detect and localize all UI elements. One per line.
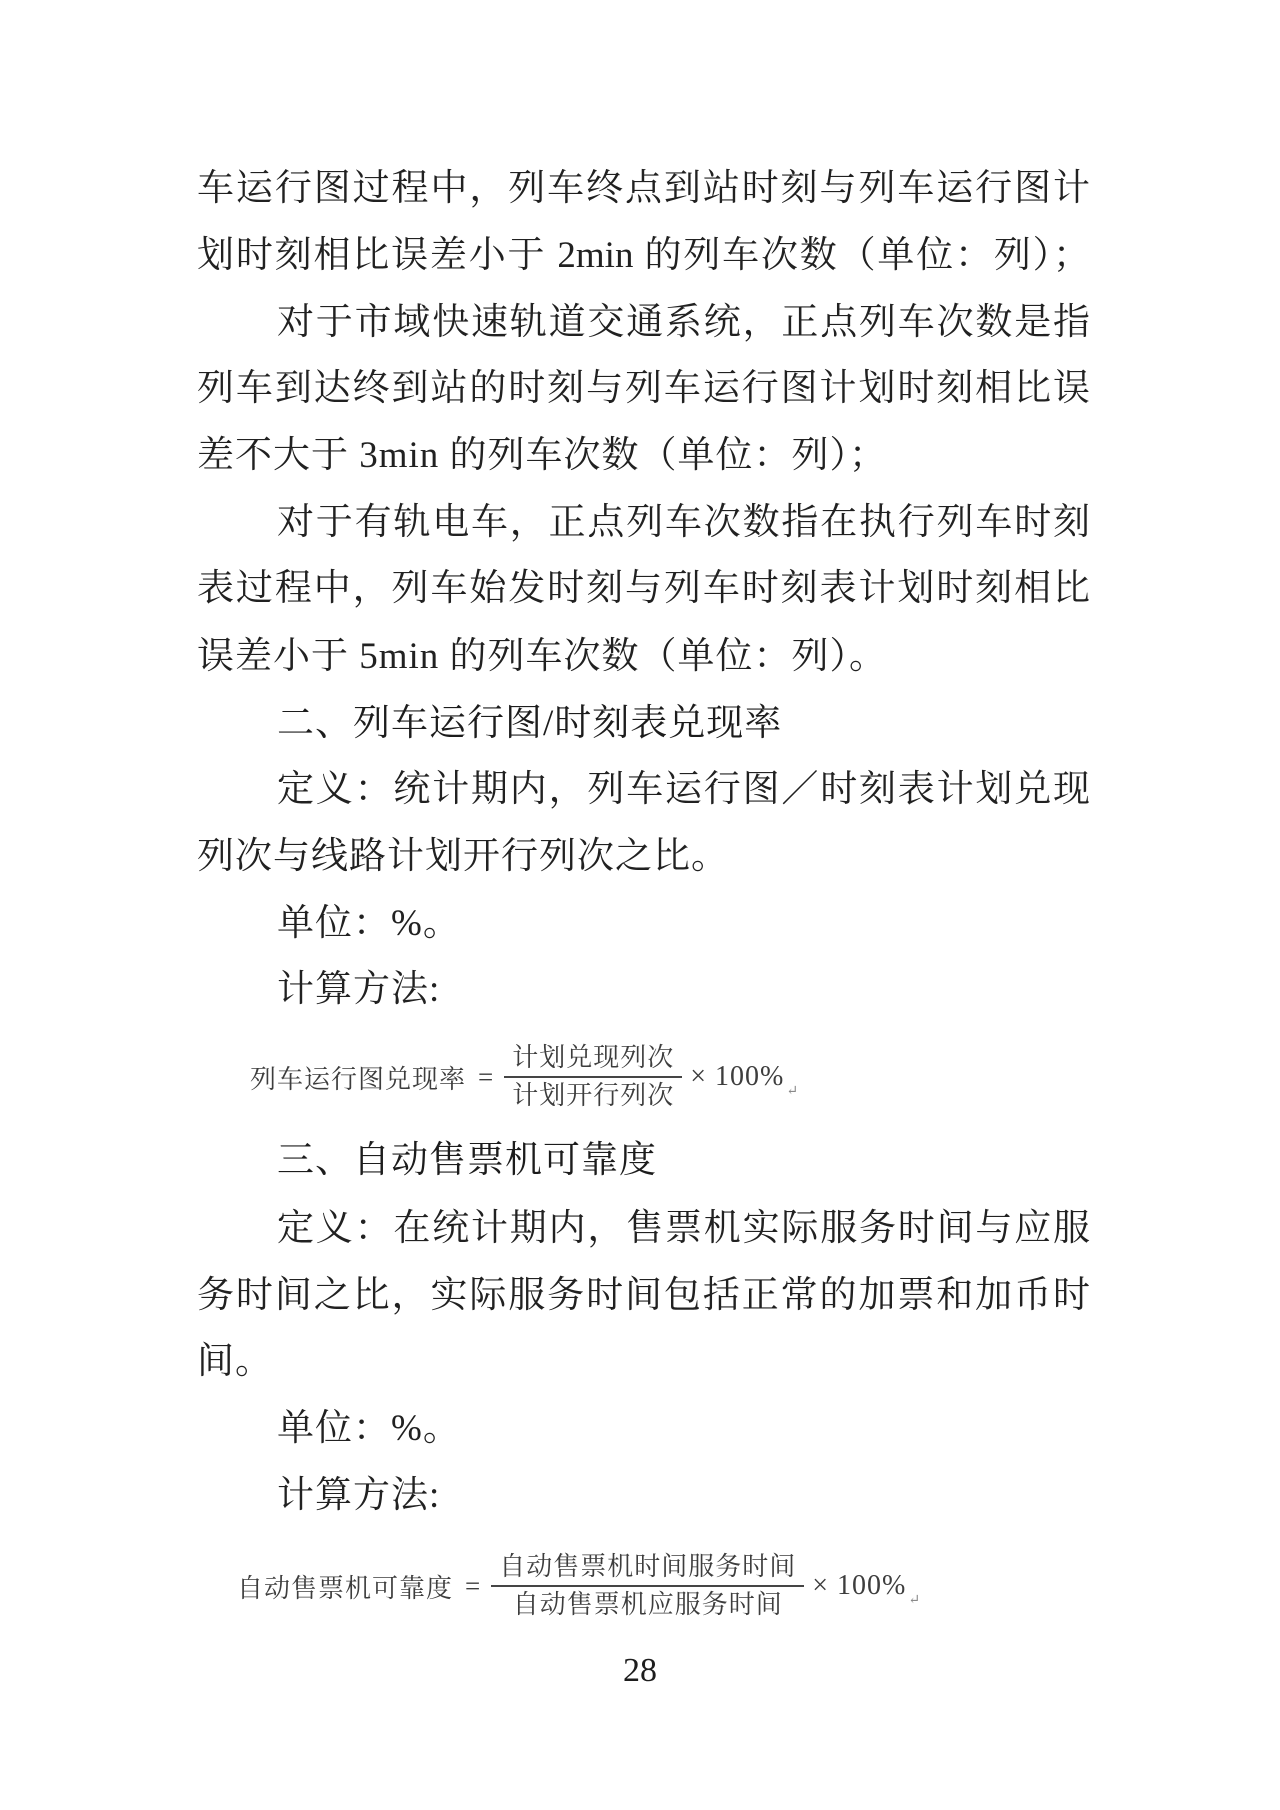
text-line: 列车到达终到站的时刻与列车运行图计划时刻相比误 <box>197 366 1090 414</box>
formula-lhs: 自动售票机可靠度 <box>237 1568 453 1605</box>
text-line: 间。 <box>197 1339 273 1385</box>
page-number: 28 <box>0 1652 1280 1690</box>
fraction-numerator: 自动售票机时间服务时间 <box>491 1549 804 1585</box>
unit-line: 单位：%。 <box>277 1406 461 1452</box>
equals-sign: = <box>465 1571 481 1602</box>
text-line: 表过程中，列车始发时刻与列车时刻表计划时刻相比 <box>197 566 1090 614</box>
text-line: 对于市域快速轨道交通系统，正点列车次数是指 <box>277 300 1090 348</box>
document-page: 车运行图过程中，列车终点到站时刻与列车运行图计 划时刻相比误差小于 2min 的… <box>0 0 1280 1810</box>
formula-ticket-machine-reliability: 自动售票机可靠度 = 自动售票机时间服务时间 自动售票机应服务时间 × 100%… <box>237 1549 921 1623</box>
times-100-percent: × 100% <box>812 1570 906 1602</box>
text-line: 务时间之比，实际服务时间包括正常的加票和加币时 <box>197 1273 1090 1321</box>
text-line: 差不大于 3min 的列车次数（单位：列）； <box>197 433 887 479</box>
fraction-denominator: 自动售票机应服务时间 <box>505 1587 791 1623</box>
fraction: 自动售票机时间服务时间 自动售票机应服务时间 <box>491 1549 804 1623</box>
text-line: 列次与线路计划开行列次之比。 <box>197 834 729 880</box>
unit-line: 单位：%。 <box>277 901 461 947</box>
text-line: 对于有轨电车，正点列车次数指在执行列车时刻 <box>277 500 1090 548</box>
section-2-heading: 二、列车运行图/时刻表兑现率 <box>277 701 782 747</box>
fraction-numerator: 计划兑现列次 <box>504 1040 682 1076</box>
times-100-percent: × 100% <box>690 1061 784 1093</box>
paragraph-mark-icon: ↵ <box>786 1083 799 1100</box>
equals-sign: = <box>478 1062 494 1093</box>
text-line: 定义：统计期内，列车运行图／时刻表计划兑现 <box>277 767 1090 815</box>
method-line: 计算方法: <box>277 967 440 1013</box>
method-line: 计算方法: <box>277 1473 440 1519</box>
formula-train-diagram-fulfillment-rate: 列车运行图兑现率 = 计划兑现列次 计划开行列次 × 100% ↵ <box>250 1040 799 1114</box>
text-line: 误差小于 5min 的列车次数（单位：列）。 <box>197 634 887 680</box>
paragraph-mark-icon: ↵ <box>908 1592 921 1609</box>
formula-lhs: 列车运行图兑现率 <box>250 1059 466 1096</box>
fraction: 计划兑现列次 计划开行列次 <box>504 1040 682 1114</box>
section-3-heading: 三、自动售票机可靠度 <box>277 1138 657 1184</box>
text-line: 定义：在统计期内，售票机实际服务时间与应服 <box>277 1206 1090 1254</box>
fraction-denominator: 计划开行列次 <box>504 1078 682 1114</box>
text-line: 车运行图过程中，列车终点到站时刻与列车运行图计 <box>197 166 1090 214</box>
text-line: 划时刻相比误差小于 2min 的列车次数（单位：列）； <box>197 233 1090 281</box>
